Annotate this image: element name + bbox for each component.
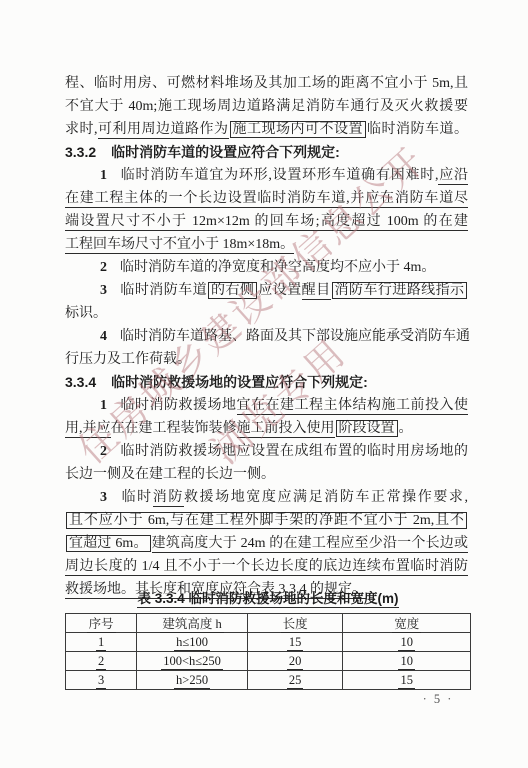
- table-cell-text: 100<h≤250: [161, 654, 223, 670]
- inserted-text: 宜在在建工程主体结构施工前投入使: [237, 398, 469, 415]
- item-number: 4: [100, 329, 107, 344]
- table-cell: 15: [343, 671, 471, 690]
- text-run: 临时消防车道。: [367, 122, 468, 137]
- text-run: 救援场地宽度应满足消防车正常操作要求,: [184, 490, 468, 505]
- inserted-text: 周边长度的 1/4 且不小于一个长边长度的底边连续布置临时消防: [65, 559, 468, 576]
- table-body: 1h≤10015102100<h≤25020103h>2502515: [66, 633, 471, 690]
- inserted-text: 可利用周边道路作为: [98, 122, 229, 139]
- text-run: 临时消防车道的净宽度和净空高度均不应小于 4m。: [120, 260, 435, 275]
- table-cell: 10: [343, 652, 471, 671]
- table-cell: 25: [247, 671, 343, 690]
- text-line: 周边长度的 1/4 且不小于一个长边长度的底边连续布置临时消防: [65, 555, 468, 578]
- table-cell-text: 20: [287, 654, 304, 670]
- text-line: 3临时消防救援场地宽度应满足消防车正常操作要求,: [65, 486, 468, 509]
- table-header-text: 宽度: [392, 617, 421, 633]
- table-cell: 10: [343, 633, 471, 652]
- table-cell-text: 15: [287, 635, 304, 651]
- item-number: 1: [100, 168, 107, 183]
- table-cell-text: 25: [287, 673, 304, 689]
- table-cell: h≤100: [137, 633, 248, 652]
- table-row: 2100<h≤2502010: [66, 652, 471, 671]
- text-line: 端设置尺寸不小于 12m×12m 的回车场;高度超过 100m 的在建: [65, 210, 468, 233]
- table-cell-text: 15: [398, 673, 415, 689]
- text-run: 。: [399, 421, 413, 436]
- text-line: 长边一侧及在建工程的长边一侧。: [65, 463, 468, 486]
- text-line: 用,并应在在建工程装饰装修施工前投入使用阶段设置。: [65, 417, 468, 440]
- text-run: 在在建工程装饰装修: [111, 421, 237, 436]
- table-header: 序号建筑高度 h长度宽度: [66, 614, 471, 633]
- text-run: 行压力及工作荷载。: [65, 352, 191, 367]
- table-title: 表 3.3.4 临时消防救援场地的长度和宽度(m): [65, 590, 471, 610]
- table-header-text: 建筑高度 h: [160, 617, 223, 633]
- text-line: 标识。: [65, 302, 468, 325]
- page-number: · 5 ·: [408, 692, 468, 707]
- document-page: 程、临时用房、可燃材料堆场及其加工场的距离不宜小于 5m,且不宜大于 40m;施…: [0, 0, 528, 768]
- text-run: 临时消防救援场地应设置在成组布置的临时用房场地的: [120, 444, 468, 459]
- table-cell: 20: [247, 652, 343, 671]
- clause-heading: 3.3.4临时消防救援场地的设置应符合下列规定:: [65, 371, 468, 394]
- inserted-text: 醒目: [302, 283, 331, 300]
- document-lines: 程、临时用房、可燃材料堆场及其加工场的距离不宜小于 5m,且不宜大于 40m;施…: [65, 72, 468, 601]
- table-row: 1h≤1001510: [66, 633, 471, 652]
- text-line: 工程回车场尺寸不宜小于 18m×18m。: [65, 233, 468, 256]
- text-line: 1临时消防救援场地宜在在建工程主体结构施工前投入使: [65, 394, 468, 417]
- table-header-cell: 长度: [247, 614, 343, 633]
- table-cell-text: h≤100: [174, 635, 210, 651]
- table-title-text: 表 3.3.4 临时消防救援场地的长度和宽度(m): [137, 591, 398, 608]
- table-cell: 100<h≤250: [137, 652, 248, 671]
- table-cell: 3: [66, 671, 137, 690]
- text-run: 程、临时用房、可燃材料堆场及其加工场的距离不宜小于 5m,且: [65, 76, 468, 91]
- text-line: 4临时消防车道路基、路面及其下部设施应能承受消防车通: [65, 325, 468, 348]
- table-cell-text: h>250: [174, 673, 210, 689]
- text-run: 临时消防救援场地: [120, 398, 237, 413]
- text-run: 临时消防车道宜为环形,设置环形车道确有困难时,: [120, 168, 438, 183]
- text-line: 宜超过 6m。建筑高度大于 24m 的在建工程应至少沿一个长边或: [65, 532, 468, 555]
- table-header-cell: 建筑高度 h: [137, 614, 248, 633]
- text-line: 在建工程主体的一个长边设置临时消防车道,并应在消防车道尽: [65, 187, 468, 210]
- inserted-text: 建筑高度大于 24m 的在建工程应至少沿一个长边或: [152, 536, 468, 553]
- spec-table: 序号建筑高度 h长度宽度 1h≤10015102100<h≤25020103h>…: [65, 613, 471, 690]
- deleted-text-box: 且不应小于 6m,与在建工程外脚手架的净距不宜小于 2m,且不: [66, 512, 467, 529]
- text-run: 标识。: [65, 306, 107, 321]
- clause-heading: 3.3.2临时消防车道的设置应符合下列规定:: [65, 141, 468, 164]
- text-run: 临时: [120, 490, 153, 505]
- text-run: 临时消防救援场地的设置应符合下列规定:: [111, 374, 368, 390]
- text-line: 不宜大于 40m;施工现场周边道路满足消防车通行及灭火救援要: [65, 95, 468, 118]
- text-run: 不宜大于 40m;施工现场周边道路满足消防车通行及灭火救援要: [65, 99, 468, 114]
- table-row: 3h>2502515: [66, 671, 471, 690]
- inserted-text: 应沿: [438, 168, 468, 185]
- table-block: 表 3.3.4 临时消防救援场地的长度和宽度(m) 序号建筑高度 h长度宽度 1…: [65, 590, 471, 690]
- text-line: 3临时消防车道的右侧应设置醒目消防车行进路线指示: [65, 279, 468, 302]
- text-run: 求时,: [65, 122, 98, 137]
- text-line: 行压力及工作荷载。: [65, 348, 468, 371]
- text-run: 临时消防车道: [120, 283, 207, 298]
- table-cell-text: 1: [96, 635, 106, 651]
- text-run: 临时消防车道的设置应符合下列规定:: [111, 144, 340, 160]
- table-header-text: 长度: [281, 617, 310, 633]
- table-header-cell: 宽度: [343, 614, 471, 633]
- text-line: 2临时消防车道的净宽度和净空高度均不应小于 4m。: [65, 256, 468, 279]
- inserted-text: 消防: [153, 490, 184, 507]
- inserted-text: 用,并应: [65, 421, 111, 438]
- table-header-text: 序号: [87, 617, 116, 633]
- item-number: 2: [100, 444, 107, 459]
- table-header-cell: 序号: [66, 614, 137, 633]
- deleted-text-box: 消防车行进路线指示: [332, 282, 467, 299]
- text-run: 临时消防车道路基、路面及其下部设施应能承受消防车通: [120, 329, 470, 344]
- table-cell: h>250: [137, 671, 248, 690]
- inserted-text: 施工前投入使用: [237, 421, 335, 438]
- table-cell: 1: [66, 633, 137, 652]
- deleted-text-box: 阶段设置: [336, 420, 398, 437]
- table-cell: 2: [66, 652, 137, 671]
- table-cell-text: 10: [398, 654, 415, 670]
- item-number: 2: [100, 260, 107, 275]
- inserted-text: 端设置尺寸不小于 12m×12m 的回车场;高度超过 100m 的在建: [65, 214, 468, 231]
- item-number: 3.3.2: [65, 144, 96, 160]
- deleted-text-box: 施工现场内可不设置: [230, 121, 367, 138]
- item-number: 3: [100, 490, 107, 505]
- inserted-text: 工程回车场尺寸不宜小于 18m×18m。: [65, 237, 294, 254]
- text-line: 2临时消防救援场地应设置在成组布置的临时用房场地的: [65, 440, 468, 463]
- text-run: 应设置: [258, 283, 301, 298]
- inserted-text: 在建工程主体的一个长边设置临时消防车道,并应在消防车道尽: [65, 191, 468, 208]
- deleted-text-box: 的右侧: [208, 282, 257, 299]
- text-line: 且不应小于 6m,与在建工程外脚手架的净距不宜小于 2m,且不: [65, 509, 468, 532]
- text-line: 求时,可利用周边道路作为施工现场内可不设置临时消防车道。: [65, 118, 468, 141]
- deleted-text-box: 宜超过 6m。: [66, 535, 151, 552]
- text-run: 长边一侧及在建工程的长边一侧。: [65, 467, 275, 482]
- text-line: 程、临时用房、可燃材料堆场及其加工场的距离不宜小于 5m,且: [65, 72, 468, 95]
- table-cell-text: 2: [96, 654, 106, 670]
- item-number: 3.3.4: [65, 374, 96, 390]
- table-cell-text: 10: [398, 635, 415, 651]
- item-number: 3: [100, 283, 107, 298]
- table-cell-text: 3: [96, 673, 106, 689]
- item-number: 1: [100, 398, 107, 413]
- table-cell: 15: [247, 633, 343, 652]
- text-line: 1临时消防车道宜为环形,设置环形车道确有困难时,应沿: [65, 164, 468, 187]
